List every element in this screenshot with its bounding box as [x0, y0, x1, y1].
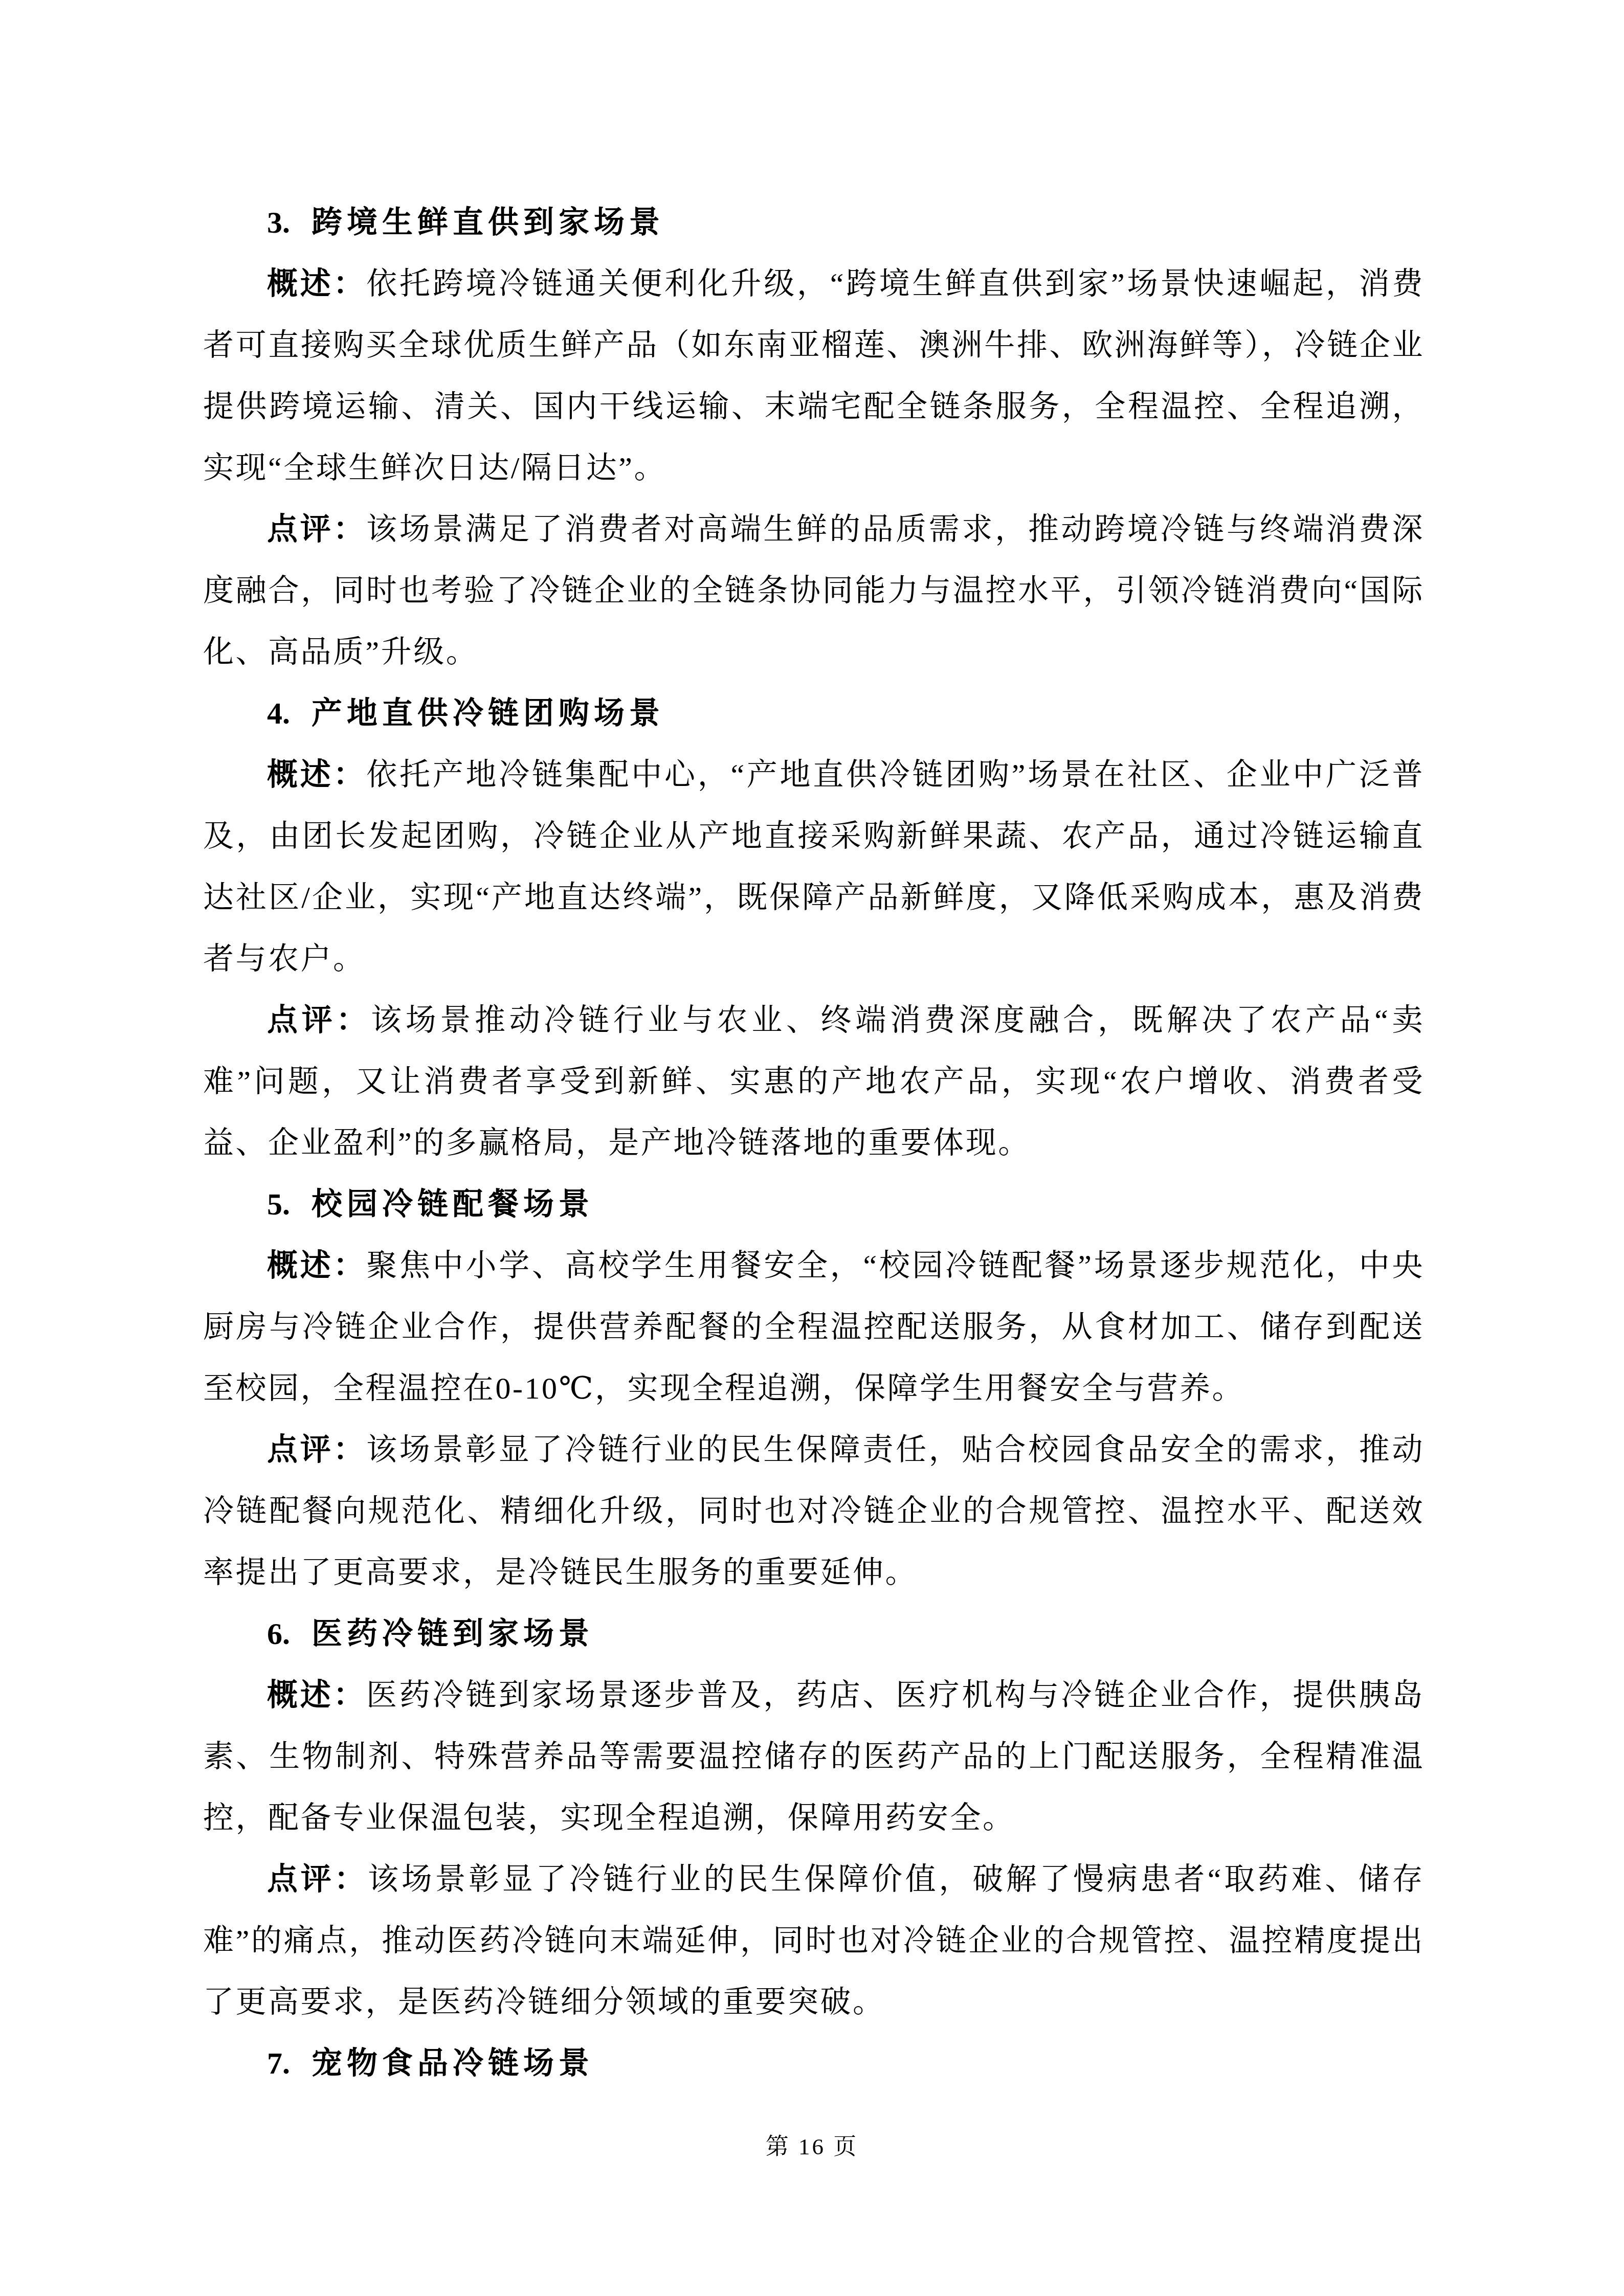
section-title: 医药冷链到家场景 [312, 1617, 594, 1651]
paragraph-text: 聚焦中小学、高校学生用餐安全，“校园冷链配餐”场景逐步规范化，中央厨房与冷链企业… [203, 1249, 1425, 1405]
paragraph-text: 医药冷链到家场景逐步普及，药店、医疗机构与冷链企业合作，提供胰岛素、生物制剂、特… [203, 1678, 1425, 1835]
section-title: 校园冷链配餐场景 [312, 1187, 594, 1221]
overview-paragraph: 概述：依托跨境冷链通关便利化升级，“跨境生鲜直供到家”场景快速崛起，消费者可直接… [203, 253, 1425, 499]
paragraph-lead: 概述： [267, 1678, 366, 1712]
overview-paragraph: 概述：医药冷链到家场景逐步普及，药店、医疗机构与冷链企业合作，提供胰岛素、生物制… [203, 1664, 1425, 1849]
paragraph-lead: 点评： [267, 1433, 366, 1467]
section-4: 4.产地直供冷链团购场景 概述：依托产地冷链集配中心，“产地直供冷链团购”场景在… [203, 683, 1425, 1174]
paragraph-lead: 点评： [267, 1003, 371, 1037]
paragraph-lead: 概述： [267, 758, 366, 792]
paragraph-text: 依托产地冷链集配中心，“产地直供冷链团购”场景在社区、企业中广泛普及，由团长发起… [203, 758, 1425, 976]
section-title: 宠物食品冷链场景 [312, 2046, 594, 2080]
page-number: 第 16 页 [0, 2131, 1624, 2162]
paragraph-text: 该场景满足了消费者对高端生鲜的品质需求，推动跨境冷链与终端消费深度融合，同时也考… [203, 512, 1425, 669]
section-5: 5.校园冷链配餐场景 概述：聚焦中小学、高校学生用餐安全，“校园冷链配餐”场景逐… [203, 1174, 1425, 1603]
section-title: 跨境生鲜直供到家场景 [312, 206, 664, 239]
document-content: 3.跨境生鲜直供到家场景 概述：依托跨境冷链通关便利化升级，“跨境生鲜直供到家”… [203, 192, 1425, 2094]
section-heading: 5.校园冷链配餐场景 [203, 1174, 1425, 1235]
section-6: 6.医药冷链到家场景 概述：医药冷链到家场景逐步普及，药店、医疗机构与冷链企业合… [203, 1603, 1425, 2033]
section-number: 4. [267, 696, 290, 730]
paragraph-lead: 概述： [267, 267, 366, 301]
overview-paragraph: 概述：依托产地冷链集配中心，“产地直供冷链团购”场景在社区、企业中广泛普及，由团… [203, 744, 1425, 989]
paragraph-text: 该场景彰显了冷链行业的民生保障价值，破解了慢病患者“取药难、储存难”的痛点，推动… [203, 1862, 1425, 2019]
paragraph-text: 该场景推动冷链行业与农业、终端消费深度融合，既解决了农产品“卖难”问题，又让消费… [203, 1003, 1425, 1160]
paragraph-lead: 点评： [267, 1862, 368, 1896]
section-heading: 3.跨境生鲜直供到家场景 [203, 192, 1425, 253]
section-heading: 6.医药冷链到家场景 [203, 1603, 1425, 1664]
document-page: 3.跨境生鲜直供到家场景 概述：依托跨境冷链通关便利化升级，“跨境生鲜直供到家”… [0, 0, 1624, 2296]
section-number: 5. [267, 1187, 290, 1221]
section-heading: 7.宠物食品冷链场景 [203, 2033, 1425, 2094]
section-heading: 4.产地直供冷链团购场景 [203, 683, 1425, 744]
section-number: 7. [267, 2046, 290, 2080]
section-3: 3.跨境生鲜直供到家场景 概述：依托跨境冷链通关便利化升级，“跨境生鲜直供到家”… [203, 192, 1425, 683]
comment-paragraph: 点评：该场景彰显了冷链行业的民生保障责任，贴合校园食品安全的需求，推动冷链配餐向… [203, 1419, 1425, 1603]
comment-paragraph: 点评：该场景满足了消费者对高端生鲜的品质需求，推动跨境冷链与终端消费深度融合，同… [203, 499, 1425, 683]
section-number: 3. [267, 206, 290, 239]
comment-paragraph: 点评：该场景彰显了冷链行业的民生保障价值，破解了慢病患者“取药难、储存难”的痛点… [203, 1849, 1425, 2033]
paragraph-text: 依托跨境冷链通关便利化升级，“跨境生鲜直供到家”场景快速崛起，消费者可直接购买全… [203, 267, 1425, 485]
paragraph-lead: 概述： [267, 1249, 366, 1282]
section-title: 产地直供冷链团购场景 [312, 696, 664, 730]
section-7: 7.宠物食品冷链场景 [203, 2033, 1425, 2094]
paragraph-lead: 点评： [267, 512, 366, 546]
section-number: 6. [267, 1617, 290, 1651]
comment-paragraph: 点评：该场景推动冷链行业与农业、终端消费深度融合，既解决了农产品“卖难”问题，又… [203, 989, 1425, 1174]
overview-paragraph: 概述：聚焦中小学、高校学生用餐安全，“校园冷链配餐”场景逐步规范化，中央厨房与冷… [203, 1235, 1425, 1419]
paragraph-text: 该场景彰显了冷链行业的民生保障责任，贴合校园食品安全的需求，推动冷链配餐向规范化… [203, 1433, 1425, 1589]
